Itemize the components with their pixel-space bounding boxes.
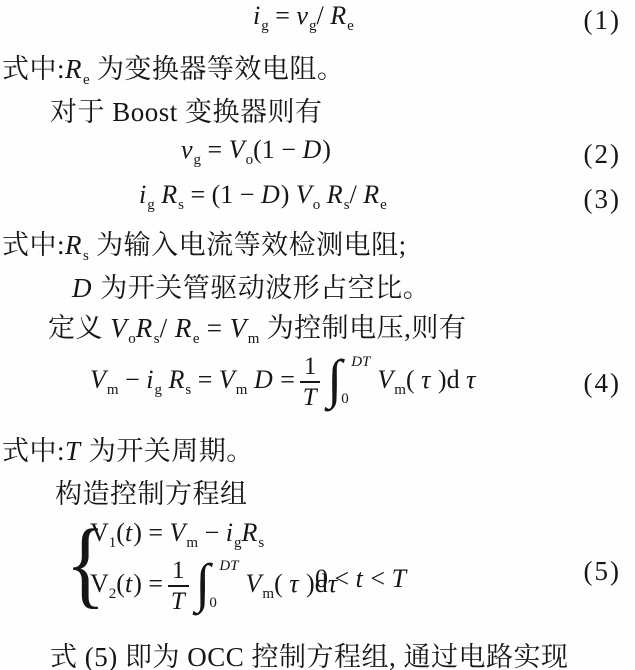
equation-2: vg = Vo(1 − D) [181, 134, 331, 170]
integral-limits: DT 0 [211, 558, 239, 614]
equation-4-rhs: Vm( τ )d τ [377, 365, 476, 399]
equation-4: Vm − ig Rs = Vm D = 1 T ∫ DT 0 Vm( τ )d … [90, 352, 476, 412]
text-re-explanation: 式中:Re 为变换器等效电阻。 [2, 47, 344, 89]
equation-1-body: ig = vg/ Re [253, 1, 354, 35]
fraction-denominator: T [168, 587, 189, 616]
text-rs-explanation: 式中:Rs 为输入电流等效检测电阻; [2, 223, 407, 265]
equation-1-number: (1) [584, 5, 621, 36]
equation-5-condition: 0 < t < T [315, 564, 407, 594]
text-boost-intro: 对于 Boost 变换器则有 [50, 90, 323, 129]
equation-5-number: (5) [584, 556, 621, 587]
equation-2-number: (2) [584, 139, 621, 170]
text-t-explanation: 式中:T 为开关周期。 [2, 429, 254, 468]
equation-3: ig Rs = (1 − D) Vo Rs/ Re [139, 179, 387, 215]
integral-upper-limit: DT [351, 354, 371, 371]
equation-1: ig = vg/ Re [253, 0, 354, 36]
integral-upper-limit: DT [219, 558, 239, 575]
equation-5-line-2-lhs: V2(t) = [90, 569, 163, 603]
integral-limits: DT 0 [343, 354, 371, 410]
fraction-numerator: 1 [300, 353, 321, 384]
integral-group: ∫ DT 0 [196, 558, 240, 614]
equation-2-body: vg = Vo(1 − D) [181, 135, 331, 169]
equation-5-line-2: V2(t) = 1 T ∫ DT 0 Vm( τ )dτ [90, 556, 338, 616]
equation-4-lhs: Vm − ig Rs = Vm D = [90, 365, 295, 399]
equation-4-number: (4) [584, 368, 621, 399]
text-duty-cycle-explanation: D 为开关管驱动波形占空比。 [72, 266, 430, 305]
integral-lower-limit: 0 [341, 391, 371, 408]
text-construct-equations: 构造控制方程组 [55, 472, 248, 511]
integral-icon: ∫ [196, 558, 211, 614]
paper-page: ig = vg/ Re (1) 式中:Re 为变换器等效电阻。 对于 Boost… [0, 0, 635, 670]
equation-5-line-1: V1(t) = Vm − igRs [90, 518, 264, 552]
integral-icon: ∫ [327, 354, 342, 410]
integral-group: ∫ DT 0 [327, 354, 371, 410]
fraction-numerator: 1 [168, 557, 189, 588]
equation-3-number: (3) [584, 184, 621, 215]
equation-3-body: ig Rs = (1 − D) Vo Rs/ Re [139, 180, 387, 214]
fraction-denominator: T [300, 383, 321, 412]
fraction-1-over-T: 1 T [300, 353, 321, 412]
equation-5-system: { V1(t) = Vm − igRs V2(t) = 1 T ∫ DT 0 V… [0, 512, 635, 627]
text-occ-conclusion: 式 (5) 即为 OCC 控制方程组, 通过电路实现 [50, 635, 569, 670]
integral-lower-limit: 0 [209, 595, 239, 612]
fraction-1-over-T: 1 T [168, 557, 189, 616]
text-vm-definition: 定义 VoRs/ Re = Vm 为控制电压,则有 [48, 306, 466, 348]
